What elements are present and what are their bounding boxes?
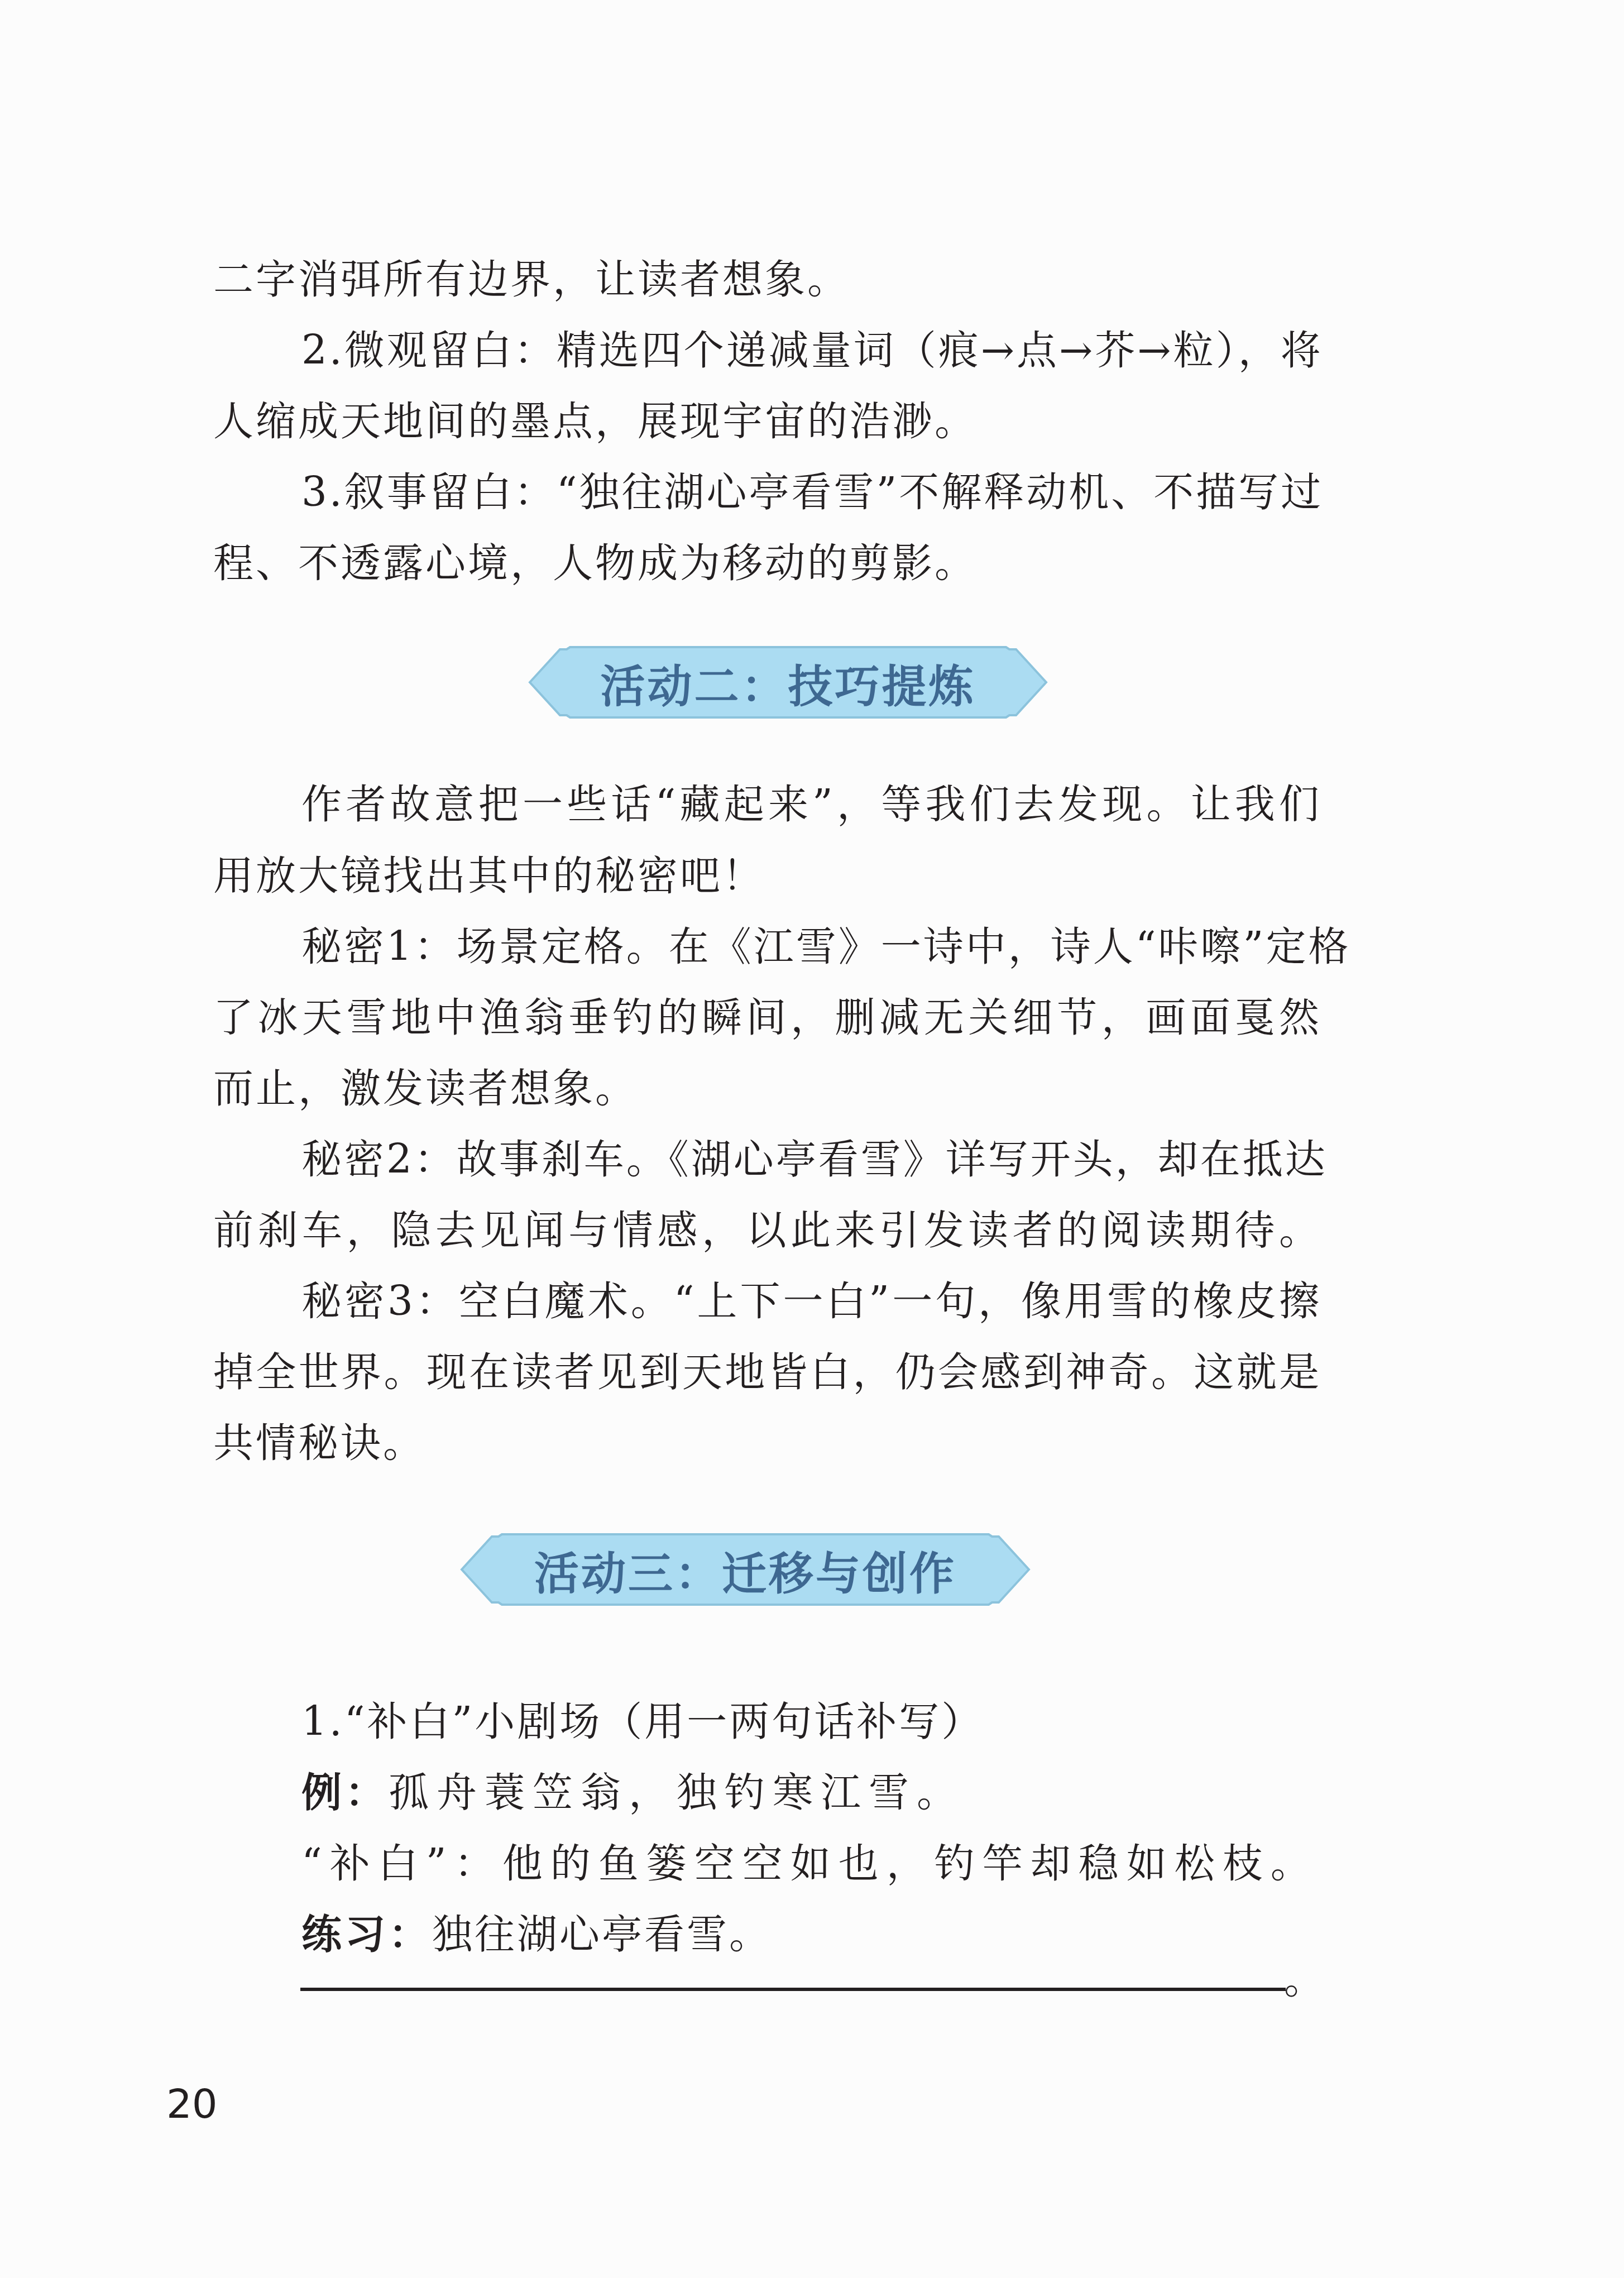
example-row: 例：孤舟蓑笠翁，独钓寒江雪。 bbox=[301, 1767, 1321, 1817]
example-label: 例： bbox=[301, 1769, 389, 1816]
paragraph-line: 2.微观留白：精选四个递减量词（痕→点→芥→粒），将 bbox=[301, 325, 1321, 375]
paragraph-line: 秘密3：空白魔术。“上下一白”一句，像用雪的橡皮擦 bbox=[301, 1276, 1321, 1326]
paragraph-line: 用放大镜找出其中的秘密吧！ bbox=[213, 850, 1321, 901]
banner-title: 活动二：技巧提炼 bbox=[528, 646, 1048, 719]
banner-title: 活动三：迁移与创作 bbox=[459, 1533, 1031, 1606]
practice-row: 练习：独往湖心亭看雪。 bbox=[301, 1909, 1321, 1959]
paragraph-line: 3.叙事留白：“独往湖心亭看雪”不解释动机、不描写过 bbox=[301, 467, 1321, 517]
paragraph-line: 二字消弭所有边界，让读者想象。 bbox=[213, 254, 1321, 304]
paragraph-line: 秘密2：故事刹车。《湖心亭看雪》详写开头，却在抵达 bbox=[301, 1134, 1321, 1184]
page-number: 20 bbox=[166, 2081, 218, 2126]
fill-example-row: “补白”：他的鱼篓空空如也，钓竿却稳如松枝。 bbox=[301, 1838, 1321, 1888]
paragraph-line: 了冰天雪地中渔翁垂钓的瞬间，删减无关细节，画面戛然 bbox=[213, 992, 1321, 1042]
section-banner-activity-3: 活动三：迁移与创作 bbox=[459, 1533, 1031, 1606]
paragraph-line: 秘密1：场景定格。在《江雪》一诗中，诗人“咔嚓”定格 bbox=[301, 921, 1321, 971]
answer-blank-line[interactable] bbox=[300, 1988, 1286, 1991]
paragraph-line: 前刹车，隐去见闻与情感，以此来引发读者的阅读期待。 bbox=[213, 1205, 1321, 1255]
practice-label: 练习： bbox=[301, 1911, 432, 1958]
paragraph-line: 掉全世界。现在读者见到天地皆白，仍会感到神奇。这就是 bbox=[213, 1347, 1321, 1397]
paragraph-line: 程、不透露心境，人物成为移动的剪影。 bbox=[213, 538, 1321, 588]
paragraph-line: 共情秘诀。 bbox=[213, 1418, 1321, 1468]
task-title: 1.“补白”小剧场（用一两句话补写） bbox=[301, 1696, 1321, 1746]
practice-text: 独往湖心亭看雪。 bbox=[432, 1911, 772, 1958]
example-text: 孤舟蓑笠翁，独钓寒江雪。 bbox=[389, 1769, 965, 1816]
paragraph-line: 作者故意把一些话“藏起来”，等我们去发现。让我们 bbox=[301, 779, 1321, 829]
fill-label: “补白”： bbox=[301, 1840, 502, 1887]
paragraph-line: 而止，激发读者想象。 bbox=[213, 1063, 1321, 1113]
fill-text: 他的鱼篓空空如也，钓竿却稳如松枝。 bbox=[502, 1840, 1319, 1887]
paragraph-line: 人缩成天地间的墨点，展现宇宙的浩渺。 bbox=[213, 396, 1321, 446]
answer-period: 。 bbox=[1284, 1954, 1324, 2004]
section-banner-activity-2: 活动二：技巧提炼 bbox=[528, 646, 1048, 719]
